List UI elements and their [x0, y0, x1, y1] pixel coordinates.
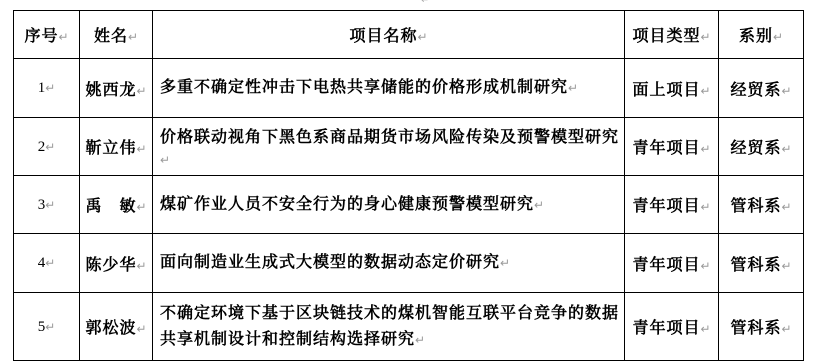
project-type: 青年项目: [632, 257, 700, 274]
person-name: 靳立伟: [85, 140, 136, 157]
paragraph-mark-icon: ↵: [781, 200, 791, 214]
paragraph-mark-icon: ↵: [136, 259, 146, 273]
row-name-cell: 靳立伟↵: [80, 118, 153, 176]
person-name: 郭松波: [85, 320, 136, 337]
header-project-label: 项目名称: [349, 28, 417, 45]
projects-table: 序号↵ 姓名↵ 项目名称↵ 项目类型↵ 系别↵ 1↵ 姚西龙↵ 多重不确定性冲击…: [13, 10, 804, 361]
paragraph-mark-icon: ↵: [136, 142, 146, 156]
project-name: 不确定环境下基于区块链技术的煤机智能互联平台竞争的数据 共享机制设计和控制结构选…: [160, 305, 619, 348]
project-name-cell: 多重不确定性冲击下电热共享储能的价格形成机制研究↵: [153, 59, 625, 118]
row-name-cell: 禹 敏↵: [80, 176, 153, 234]
table-header-row: 序号↵ 姓名↵ 项目名称↵ 项目类型↵ 系别↵: [14, 11, 804, 59]
table-row: 2↵ 靳立伟↵ 价格联动视角下黑色系商品期货市场风险传染及预警模型研究↵ 青年项…: [14, 118, 804, 176]
paragraph-mark-icon: ↵: [45, 320, 55, 334]
person-name: 姚西龙: [85, 82, 136, 99]
paragraph-mark-icon: ↵: [136, 200, 146, 214]
paragraph-mark-icon: ↵: [700, 30, 710, 44]
header-cell-name: 姓名↵: [80, 11, 153, 59]
header-cell-project: 项目名称↵: [153, 11, 625, 59]
header-cell-dept: 系别↵: [719, 11, 804, 59]
person-name: 陈少华: [85, 257, 136, 274]
paragraph-mark-icon: ↵: [700, 84, 710, 98]
dept-cell: 管科系↵: [719, 176, 804, 234]
dept: 经贸系: [730, 140, 781, 157]
cutoff-paragraph-mark-icon: ↵: [421, 0, 429, 6]
header-cell-type: 项目类型↵: [625, 11, 719, 59]
row-no-cell: 2↵: [14, 118, 80, 176]
paragraph-mark-icon: ↵: [45, 198, 55, 212]
project-name: 多重不确定性冲击下电热共享储能的价格形成机制研究: [160, 79, 568, 96]
row-no-cell: 1↵: [14, 59, 80, 118]
paragraph-mark-icon: ↵: [160, 153, 170, 167]
project-type: 青年项目: [632, 140, 700, 157]
paragraph-mark-icon: ↵: [700, 200, 710, 214]
dept: 管科系: [730, 257, 781, 274]
header-cell-no: 序号↵: [14, 11, 80, 59]
dept: 管科系: [730, 320, 781, 337]
table-row: 3↵ 禹 敏↵ 煤矿作业人员不安全行为的身心健康预警模型研究↵ 青年项目↵ 管科…: [14, 176, 804, 234]
project-type: 青年项目: [632, 320, 700, 337]
paragraph-mark-icon: ↵: [534, 198, 544, 212]
row-no-cell: 5↵: [14, 293, 80, 361]
paragraph-mark-icon: ↵: [417, 30, 427, 44]
row-no-cell: 4↵: [14, 234, 80, 293]
row-name-cell: 郭松波↵: [80, 293, 153, 361]
paragraph-mark-icon: ↵: [136, 322, 146, 336]
paragraph-mark-icon: ↵: [45, 81, 55, 95]
paragraph-mark-icon: ↵: [781, 142, 791, 156]
table-row: 5↵ 郭松波↵ 不确定环境下基于区块链技术的煤机智能互联平台竞争的数据 共享机制…: [14, 293, 804, 361]
dept-cell: 经贸系↵: [719, 118, 804, 176]
header-no-label: 序号: [24, 28, 58, 45]
paragraph-mark-icon: ↵: [781, 84, 791, 98]
paragraph-mark-icon: ↵: [700, 142, 710, 156]
project-type-cell: 面上项目↵: [625, 59, 719, 118]
dept-cell: 管科系↵: [719, 293, 804, 361]
paragraph-mark-icon: ↵: [45, 256, 55, 270]
paragraph-mark-icon: ↵: [781, 322, 791, 336]
paragraph-mark-icon: ↵: [700, 322, 710, 336]
project-name: 煤矿作业人员不安全行为的身心健康预警模型研究: [160, 196, 534, 213]
row-name-cell: 陈少华↵: [80, 234, 153, 293]
project-name: 价格联动视角下黑色系商品期货市场风险传染及预警模型研究: [160, 129, 619, 146]
project-type-cell: 青年项目↵: [625, 234, 719, 293]
person-name: 禹 敏: [85, 198, 136, 215]
paragraph-mark-icon: ↵: [128, 30, 138, 44]
paragraph-mark-icon: ↵: [700, 259, 710, 273]
dept-cell: 经贸系↵: [719, 59, 804, 118]
paragraph-mark-icon: ↵: [58, 30, 68, 44]
table-row: 1↵ 姚西龙↵ 多重不确定性冲击下电热共享储能的价格形成机制研究↵ 面上项目↵ …: [14, 59, 804, 118]
paragraph-mark-icon: ↵: [773, 30, 783, 44]
table-row: 4↵ 陈少华↵ 面向制造业生成式大模型的数据动态定价研究↵ 青年项目↵ 管科系↵: [14, 234, 804, 293]
row-no-cell: 3↵: [14, 176, 80, 234]
dept: 经贸系: [730, 82, 781, 99]
project-type-cell: 青年项目↵: [625, 118, 719, 176]
project-name-cell: 价格联动视角下黑色系商品期货市场风险传染及预警模型研究↵: [153, 118, 625, 176]
paragraph-mark-icon: ↵: [781, 259, 791, 273]
header-type-label: 项目类型: [632, 28, 700, 45]
project-name-cell: 煤矿作业人员不安全行为的身心健康预警模型研究↵: [153, 176, 625, 234]
project-type-cell: 青年项目↵: [625, 176, 719, 234]
paragraph-mark-icon: ↵: [415, 333, 425, 347]
project-type: 面上项目: [632, 82, 700, 99]
project-type: 青年项目: [632, 198, 700, 215]
row-name-cell: 姚西龙↵: [80, 59, 153, 118]
project-type-cell: 青年项目↵: [625, 293, 719, 361]
dept: 管科系: [730, 198, 781, 215]
header-dept-label: 系别: [739, 28, 773, 45]
dept-cell: 管科系↵: [719, 234, 804, 293]
paragraph-mark-icon: ↵: [45, 140, 55, 154]
project-name-cell: 不确定环境下基于区块链技术的煤机智能互联平台竞争的数据 共享机制设计和控制结构选…: [153, 293, 625, 361]
paragraph-mark-icon: ↵: [500, 256, 510, 270]
paragraph-mark-icon: ↵: [568, 81, 578, 95]
header-name-label: 姓名: [94, 28, 128, 45]
project-name-cell: 面向制造业生成式大模型的数据动态定价研究↵: [153, 234, 625, 293]
paragraph-mark-icon: ↵: [136, 84, 146, 98]
project-name: 面向制造业生成式大模型的数据动态定价研究: [160, 254, 500, 271]
